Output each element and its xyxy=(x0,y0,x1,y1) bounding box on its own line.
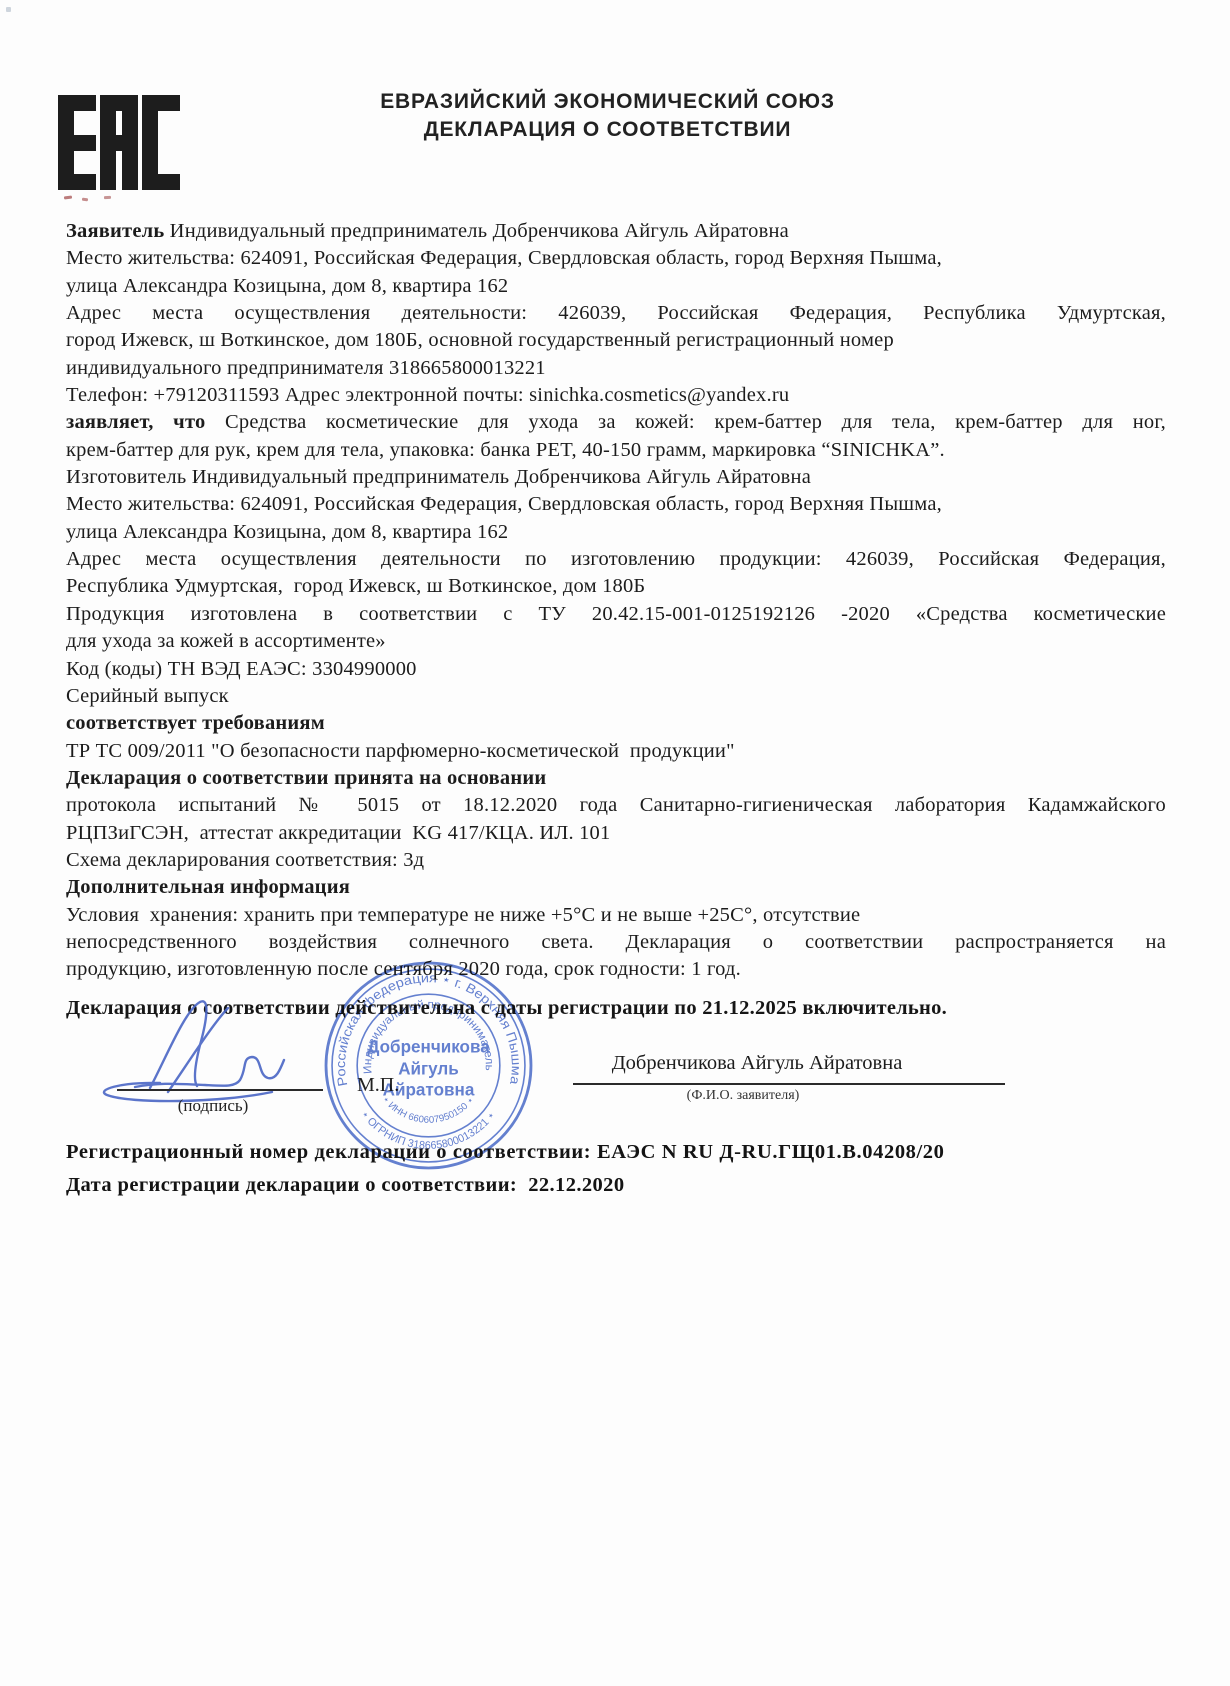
doc-line-segment: Место жительства: 624091, Российская Фед… xyxy=(66,493,942,515)
registration-number-line: Регистрационный номер декларации о соотв… xyxy=(66,1141,945,1164)
stamp-center-name-3: Айратовна xyxy=(383,1081,475,1100)
doc-line-segment: протокола испытаний № 5015 от 18.12.2020… xyxy=(66,794,1166,816)
doc-line: для ухода за кожей в ассортименте» xyxy=(66,628,1166,655)
doc-line-bold-segment: Заявитель xyxy=(66,220,164,242)
doc-line: улица Александра Козицына, дом 8, кварти… xyxy=(66,519,1166,546)
doc-line: Схема декларирования соответствия: 3д xyxy=(66,847,1166,874)
doc-line-segment: Республика Удмуртская, город Ижевск, ш В… xyxy=(66,575,645,597)
doc-line-bold-segment: заявляет, что xyxy=(66,411,205,433)
doc-line: улица Александра Козицына, дом 8, кварти… xyxy=(66,273,1166,300)
doc-line: Республика Удмуртская, город Ижевск, ш В… xyxy=(66,573,1166,600)
doc-line: Код (коды) ТН ВЭД ЕАЭС: 3304990000 xyxy=(66,656,1166,683)
doc-line: Условия хранения: хранить при температур… xyxy=(66,902,1166,929)
podpis-label: (подпись) xyxy=(140,1096,286,1116)
doc-line-segment: индивидуального предпринимателя 31866580… xyxy=(66,357,546,379)
document-title: ЕВРАЗИЙСКИЙ ЭКОНОМИЧЕСКИЙ СОЮЗ ДЕКЛАРАЦИ… xyxy=(0,88,1215,143)
doc-line: Заявитель Индивидуальный предприниматель… xyxy=(66,218,1166,245)
scan-artifact xyxy=(104,196,111,199)
doc-line: Адрес места осуществления деятельности: … xyxy=(66,300,1166,327)
doc-line: крем-баттер для рук, крем для тела, упак… xyxy=(66,437,1166,464)
doc-line-segment: Условия хранения: хранить при температур… xyxy=(66,904,860,926)
doc-line-segment: непосредственного воздействия солнечного… xyxy=(66,931,1166,953)
doc-line-segment: РЦПЗиГСЭН, аттестат аккредитации KG 417/… xyxy=(66,822,610,844)
doc-line: ТР ТС 009/2011 "О безопасности парфюмерн… xyxy=(66,738,1166,765)
doc-line-bold-segment: Дополнительная информация xyxy=(66,876,350,898)
doc-line-segment: Индивидуальный предприниматель Добренчик… xyxy=(164,220,789,242)
doc-line-segment: Продукция изготовлена в соответствии с Т… xyxy=(66,603,1166,625)
doc-line: соответствует требованиям xyxy=(66,710,1166,737)
doc-line-segment: крем-баттер для рук, крем для тела, упак… xyxy=(66,439,945,461)
doc-line-segment: Телефон: +79120311593 Адрес электронной … xyxy=(66,384,789,406)
doc-line-bold-segment: Декларация о соответствии принята на осн… xyxy=(66,767,546,789)
doc-line-segment: ТР ТС 009/2011 "О безопасности парфюмерн… xyxy=(66,740,735,762)
doc-line: заявляет, что Средства косметические для… xyxy=(66,409,1166,436)
doc-line-segment: улица Александра Козицына, дом 8, кварти… xyxy=(66,521,508,543)
doc-line: Продукция изготовлена в соответствии с Т… xyxy=(66,601,1166,628)
doc-line: Адрес места осуществления деятельности п… xyxy=(66,546,1166,573)
doc-line: Изготовитель Индивидуальный предпринимат… xyxy=(66,464,1166,491)
doc-line-segment: улица Александра Козицына, дом 8, кварти… xyxy=(66,275,508,297)
doc-line: Место жительства: 624091, Российская Фед… xyxy=(66,491,1166,518)
doc-line: Серийный выпуск xyxy=(66,683,1166,710)
doc-line-segment: Схема декларирования соответствия: 3д xyxy=(66,849,424,871)
doc-line: город Ижевск, ш Воткинское, дом 180Б, ос… xyxy=(66,327,1166,354)
doc-line: непосредственного воздействия солнечного… xyxy=(66,929,1166,956)
fio-name: Добренчикова Айгуль Айратовна xyxy=(557,1052,957,1075)
registration-date-line: Дата регистрации декларации о соответств… xyxy=(66,1174,624,1197)
doc-line-segment: Адрес места осуществления деятельности п… xyxy=(66,548,1166,570)
signature-line xyxy=(117,1089,323,1091)
round-stamp: Российская федерация ⋆ г. Верхняя Пышма … xyxy=(323,960,534,1171)
scan-artifact xyxy=(64,195,72,199)
stamp-center-name-2: Айгуль xyxy=(398,1060,459,1079)
doc-line-segment: Средства косметические для ухода за коже… xyxy=(205,411,1166,433)
doc-line: продукцию, изготовленную после сентября … xyxy=(66,956,1166,983)
doc-line-segment: для ухода за кожей в ассортименте» xyxy=(66,630,386,652)
fio-label: (Ф.И.О. заявителя) xyxy=(543,1088,943,1104)
scan-artifact xyxy=(6,7,11,12)
doc-line: индивидуального предпринимателя 31866580… xyxy=(66,355,1166,382)
doc-line: Телефон: +79120311593 Адрес электронной … xyxy=(66,382,1166,409)
signature-image xyxy=(90,985,340,1110)
doc-line-segment: Место жительства: 624091, Российская Фед… xyxy=(66,247,942,269)
doc-line-bold-segment: соответствует требованиям xyxy=(66,712,325,734)
title-line-union: ЕВРАЗИЙСКИЙ ЭКОНОМИЧЕСКИЙ СОЮЗ xyxy=(0,88,1215,116)
document-lines: Заявитель Индивидуальный предприниматель… xyxy=(66,218,1166,984)
scan-artifact xyxy=(82,198,88,202)
doc-line-segment: город Ижевск, ш Воткинское, дом 180Б, ос… xyxy=(66,329,894,351)
doc-line: Место жительства: 624091, Российская Фед… xyxy=(66,245,1166,272)
doc-line-segment: Адрес места осуществления деятельности: … xyxy=(66,302,1166,324)
doc-line: Дополнительная информация xyxy=(66,874,1166,901)
doc-line: РЦПЗиГСЭН, аттестат аккредитации KG 417/… xyxy=(66,820,1166,847)
doc-line: Декларация о соответствии принята на осн… xyxy=(66,765,1166,792)
doc-line-segment: Код (коды) ТН ВЭД ЕАЭС: 3304990000 xyxy=(66,658,417,680)
doc-line-segment: Серийный выпуск xyxy=(66,685,229,707)
fio-line xyxy=(573,1083,1005,1085)
doc-line-segment: Изготовитель Индивидуальный предпринимат… xyxy=(66,466,811,488)
title-line-declaration: ДЕКЛАРАЦИЯ О СООТВЕТСТВИИ xyxy=(0,116,1215,144)
doc-line: протокола испытаний № 5015 от 18.12.2020… xyxy=(66,792,1166,819)
declaration-document-page: ЕВРАЗИЙСКИЙ ЭКОНОМИЧЕСКИЙ СОЮЗ ДЕКЛАРАЦИ… xyxy=(0,0,1230,1686)
stamp-center-name-1: Добренчикова xyxy=(367,1037,490,1056)
